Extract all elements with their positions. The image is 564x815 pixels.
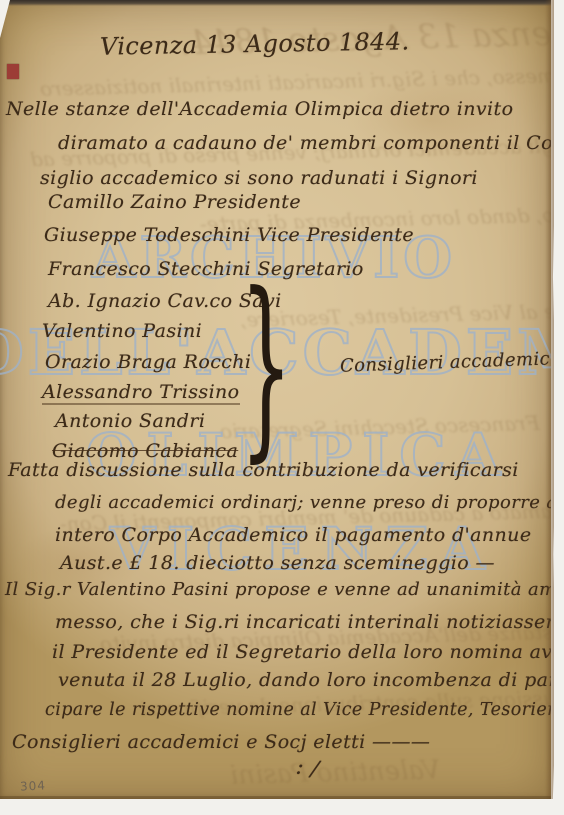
handwritten-line: intero Corpo Accademico il pagamento d'a… (55, 524, 531, 546)
page-top-edge (0, 0, 551, 6)
attendee-name: Camillo Zaino Presidente (48, 191, 301, 213)
attendee-name: Antonio Sandri (55, 410, 205, 432)
page-right-edge (545, 0, 554, 799)
bleedthrough-text: Valentino Pasini (230, 755, 441, 790)
handwritten-line: degli accademici ordinarj; venne preso d… (55, 492, 551, 513)
handwritten-line: diramato a cadauno de' membri componenti… (58, 132, 551, 154)
handwritten-line: Fatta discussione sulla contribuzione da… (8, 459, 519, 481)
closing-mark: : / (294, 755, 320, 783)
attendee-name: Francesco Stecchini Segretario (48, 258, 364, 280)
handwritten-line: Nelle stanze dell'Accademia Olimpica die… (6, 98, 513, 120)
handwritten-line: venuta il 28 Luglio, dando loro incomben… (58, 669, 551, 691)
red-archive-marker (7, 64, 19, 79)
attendee-name: Orazio Braga Rocchi (45, 351, 251, 373)
handwritten-line: siglio accademico si sono radunati i Sig… (40, 167, 478, 189)
handwritten-line: Aust.e £ 18. dieciotto senza scemineggio… (60, 552, 495, 574)
dateline: Vicenza 13 Agosto 1844. (100, 27, 410, 60)
manuscript-paper: Vicenza 13 Agosto 1844. messo, che i Sig… (0, 0, 551, 799)
curly-brace: } (240, 268, 292, 464)
bleedthrough-text: messo, che i Sig.ri incaricati interinal… (40, 63, 551, 101)
scanner-background-bottom (0, 799, 564, 815)
handwritten-line: Consiglieri accademici e Socj eletti ——— (12, 731, 430, 753)
manuscript-scan-page: Vicenza 13 Agosto 1844. messo, che i Sig… (0, 0, 564, 815)
attendee-name: Alessandro Trissino (42, 381, 240, 403)
handwritten-line: Il Sig.r Valentino Pasini propose e venn… (5, 579, 551, 600)
handwritten-line: messo, che i Sig.ri incaricati interinal… (55, 611, 551, 633)
handwritten-line: il Presidente ed il Segretario della lor… (52, 641, 551, 663)
attendee-name: Valentino Pasini (42, 320, 202, 342)
archival-page-number: 304 (20, 778, 47, 793)
attendee-name: Giuseppe Todeschini Vice Presidente (44, 224, 414, 246)
handwritten-line: cipare le rispettive nomine al Vice Pres… (45, 700, 551, 720)
